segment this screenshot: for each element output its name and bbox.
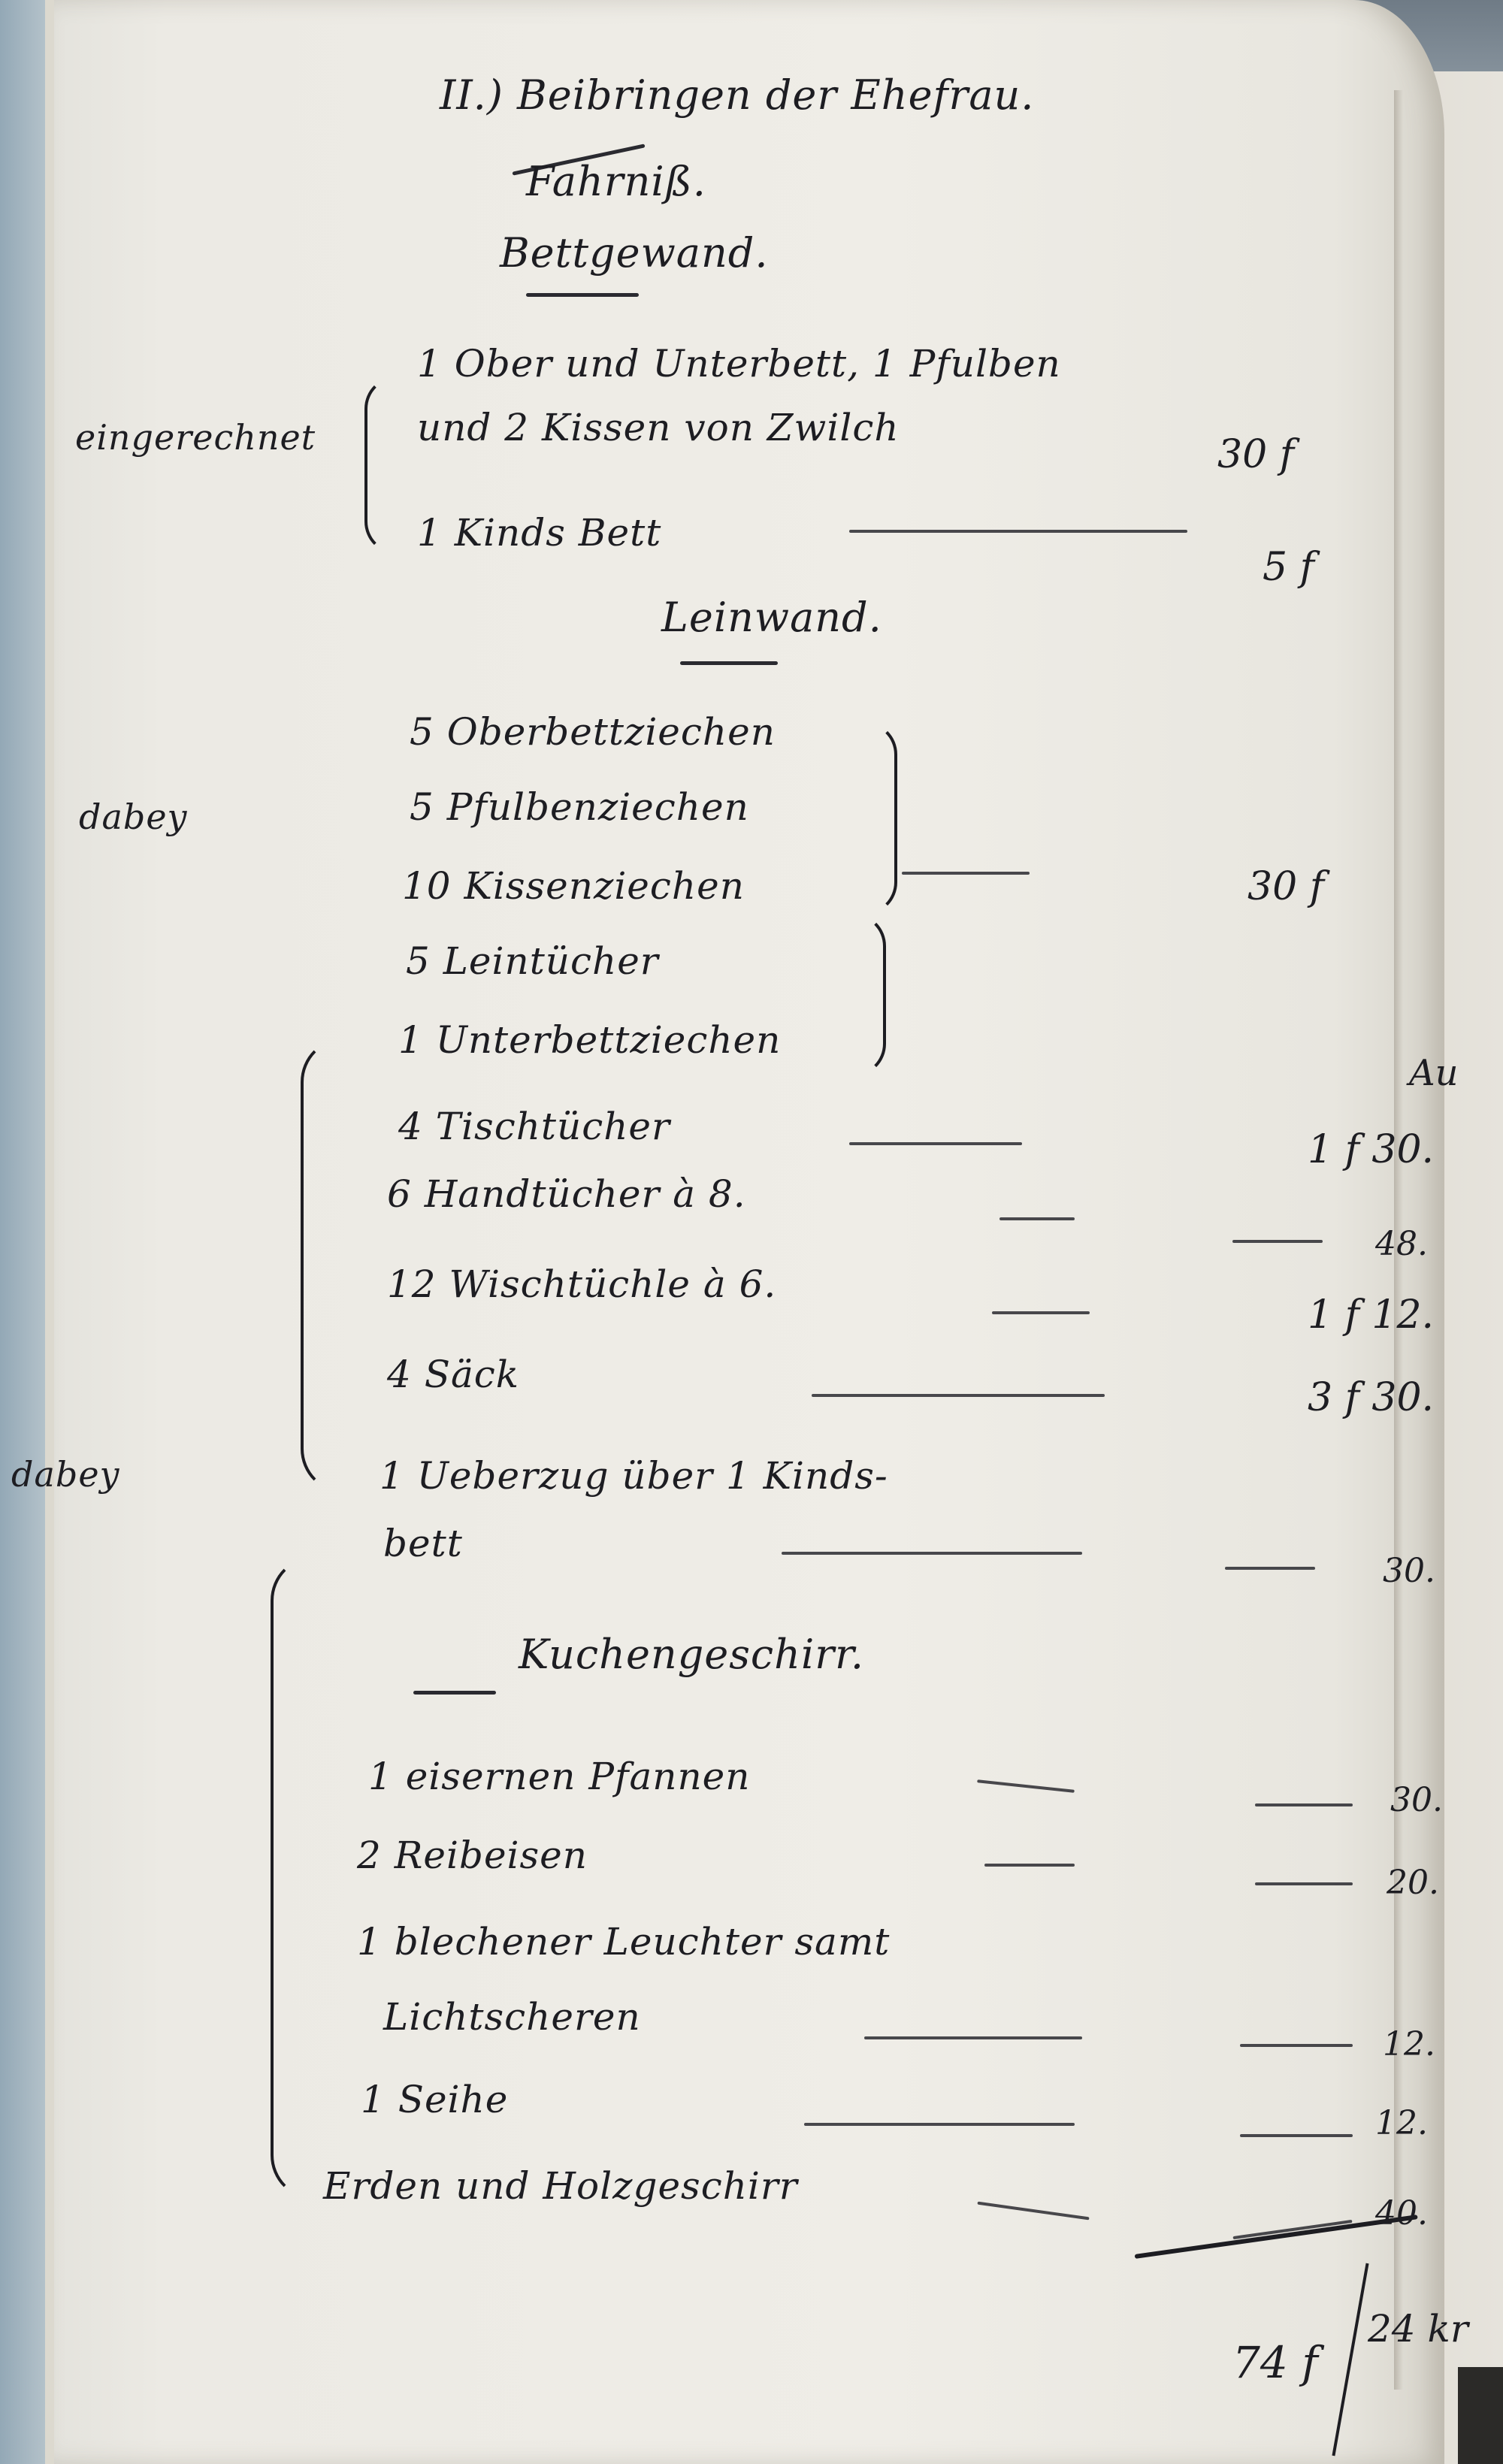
amount: 30. [1390,1781,1443,1819]
amount: 1 f 12. [1308,1292,1434,1338]
amount: 12. [1383,2025,1435,2063]
section-underline [526,293,639,297]
amount: 48. [1375,1225,1428,1263]
section-title-kuchengeschirr: Kuchengeschirr. [519,1631,864,1678]
amount: 12. [1375,2104,1428,2142]
leader-line [804,2123,1075,2126]
list-item: 10 Kissenziechen [402,864,745,908]
amount: 30. [1383,1552,1435,1590]
book-left-edge [0,0,53,2464]
amount: 40. [1375,2194,1428,2233]
list-item: 1 blechener Leuchter samt [357,1920,890,1964]
total-gulden: 74 f [1232,2337,1318,2388]
adjacent-page-text: Au [1409,1052,1459,1094]
list-item: 1 eisernen Pfannen [368,1755,750,1798]
list-item: 5 Leintücher [406,939,659,983]
leader-line [1232,1240,1323,1243]
list-item: 1 Ueberzug über 1 Kinds- [380,1454,888,1498]
section-title-bettgewand: Bettgewand. [500,229,769,277]
leader-line [1240,2134,1353,2137]
leader-line [1255,1803,1353,1806]
leader-line [1255,1882,1353,1885]
list-item: 5 Pfulbenziechen [410,785,749,829]
leader-line [782,1552,1082,1555]
margin-note: dabey [11,1454,120,1495]
left-brace [271,1555,326,2200]
document-subheading: Fahrniß. [526,158,706,205]
list-item: 5 Oberbettziechen [410,710,776,754]
total-kreuzer: 24 kr [1368,2307,1468,2351]
list-item: 1 Seihe [361,2078,508,2121]
list-item: 12 Wischtüchle à 6. [387,1262,776,1306]
list-item: 1 Kinds Bett [417,511,661,555]
left-brace [301,1037,349,1494]
list-item: bett [383,1522,463,1565]
dark-corner [1458,2367,1503,2464]
list-item: 2 Reibeisen [357,1834,588,1877]
amount: 5 f [1263,545,1314,590]
section-title-leinwand: Leinwand. [661,594,882,641]
leader-line [864,2036,1082,2039]
amount: 20. [1387,1864,1439,1902]
list-item: Lichtscheren [383,1995,641,2039]
amount: 3 f 30. [1308,1375,1434,1420]
right-brace [853,913,886,1077]
margin-note: dabey [79,797,188,837]
amount: 30 f [1217,432,1294,477]
list-item: 1 Ober und Unterbett, 1 Pfulben [417,342,1061,385]
list-item: 4 Tischtücher [398,1105,670,1148]
leader-line [1240,2044,1353,2047]
list-item: und 2 Kissen von Zwilch [417,406,900,449]
section-underline [413,1691,496,1695]
leader-line [992,1311,1090,1314]
leader-line [849,1142,1022,1145]
leader-line [999,1217,1075,1220]
list-item: 1 Unterbettziechen [398,1018,781,1062]
amount: 1 f 30. [1308,1127,1434,1172]
left-brace [364,376,398,555]
leader-line [1225,1567,1315,1570]
amount: 30 f [1247,864,1324,909]
list-item: 4 Säck [387,1353,519,1396]
leader-line [812,1394,1105,1397]
leader-line [902,872,1030,875]
margin-note: eingerechnet [75,417,316,458]
right-brace [864,721,897,915]
document-heading: II.) Beibringen der Ehefrau. [440,71,1034,119]
section-underline [680,661,778,665]
leader-line [984,1864,1075,1867]
list-item: 6 Handtücher à 8. [387,1172,746,1216]
leader-line [849,530,1187,533]
list-item: Erden und Holzgeschirr [323,2164,798,2208]
